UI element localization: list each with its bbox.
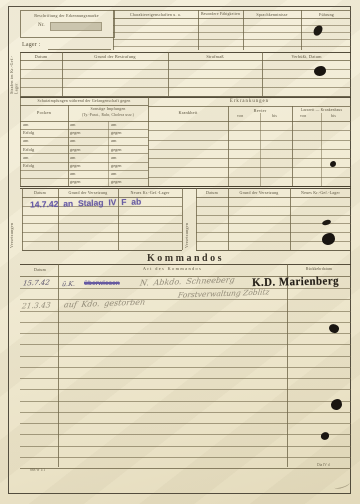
col-sprachkenntnisse: Sprachkenntnisse xyxy=(244,12,300,17)
impf-cell: am xyxy=(111,171,116,176)
top-table-top-border xyxy=(113,10,351,11)
versetz-l-grund: Grund der Versetzung xyxy=(58,190,118,195)
ruled-line xyxy=(20,78,351,79)
strafen-top-border xyxy=(20,52,351,53)
ruled-line xyxy=(148,140,351,141)
versetzungen-side-label-mid: Versetzungen xyxy=(185,192,190,248)
kommando-entry1-date: 15.7.42 xyxy=(22,279,50,288)
kommandos-col-rueckkehr: Rückkehrdatum xyxy=(287,267,351,271)
impf-cell: am xyxy=(23,138,28,143)
col-charakter: Charaktereigenschaften u. a. xyxy=(114,12,197,17)
ruled-line xyxy=(20,333,351,334)
erkr-laz-bis: bis xyxy=(331,114,336,118)
ruled-line xyxy=(22,215,182,216)
versetz-top-border xyxy=(20,188,351,189)
erkr-revier-von: von xyxy=(237,114,243,118)
impf-cell: am xyxy=(111,155,116,160)
ruled-line xyxy=(20,457,351,458)
printer-mark-right: Dia IV d xyxy=(317,463,330,467)
versetzungen-side-label-left: Versetzungen xyxy=(10,192,15,248)
impf-cell: Erfolg xyxy=(23,163,34,168)
top-header-underline xyxy=(113,18,351,19)
ruled-line xyxy=(20,389,351,390)
impf-title: Schutzimpfungen während der Gefangenscha… xyxy=(21,99,147,103)
strafen-side-label: Strafen im Kr.-Gef.-Lager xyxy=(10,54,19,94)
impf-erkr-bottom-border xyxy=(20,186,351,187)
ruled-line xyxy=(20,412,351,413)
kommando-entry1-crossed-stamp: überwiesen xyxy=(84,280,120,287)
strafen-col-datum: Datum xyxy=(20,54,62,59)
impf-body: amamamErfolggegengegenamamamErfolggegeng… xyxy=(20,121,148,186)
lager-fill-line xyxy=(48,49,111,50)
erkr-laz-von: von xyxy=(300,114,306,118)
impf-cell: gegen xyxy=(70,147,80,152)
impf-top-border xyxy=(20,97,351,98)
ruled-line xyxy=(148,177,351,178)
ruled-line xyxy=(20,311,351,312)
kommandos-title-underline xyxy=(20,264,351,265)
strafen-col-grund: Grund der Bestrafung xyxy=(62,54,168,59)
impf-col-pocken: Pocken xyxy=(20,110,68,115)
ruled-line xyxy=(148,130,351,131)
ruled-line xyxy=(148,167,351,168)
impf-cell: gegen xyxy=(70,179,80,184)
ruled-line xyxy=(20,378,351,379)
ruled-line xyxy=(20,87,351,88)
impf-cell: am xyxy=(111,122,116,127)
printer-mark-left: 888 W 1/1 xyxy=(30,468,45,472)
nr-label: Nr. xyxy=(38,23,45,28)
ruled-line xyxy=(20,288,351,289)
ruled-line xyxy=(20,322,351,323)
strafen-col-strafmass: Strafmaß xyxy=(168,54,262,59)
kommando-entry2-date: 21.3.43 xyxy=(21,300,51,310)
top-divider-2 xyxy=(198,10,199,50)
erkennungsmarke-title: Beschriftung der Erkennungsmarke xyxy=(21,13,112,18)
erkrankungen-title: Erkrankungen xyxy=(148,99,351,104)
impf-col-sonstige-line2: (Ty.-Parat., Ruhr, Cholera usw.) xyxy=(68,113,148,117)
impf-row: gegengegen xyxy=(20,178,148,186)
ruled-line xyxy=(22,232,182,233)
versetz-l-right xyxy=(182,188,183,250)
versetz-r-neues: Neues Kr.-Gef.-Lager xyxy=(290,190,351,195)
impf-cell: am xyxy=(111,138,116,143)
versetz-r-grund: Grund der Versetzung xyxy=(228,190,290,195)
impf-cell: gegen xyxy=(111,147,121,152)
ruled-line xyxy=(22,241,182,242)
impf-title-underline xyxy=(20,105,148,106)
strafen-body xyxy=(20,60,351,97)
ruled-line xyxy=(20,344,351,345)
erkr-body xyxy=(148,121,351,187)
ruled-line xyxy=(20,356,351,357)
ruled-line xyxy=(20,69,351,70)
ruled-line xyxy=(20,367,351,368)
versetz-r-datum: Datum xyxy=(196,190,228,195)
impf-cell: am xyxy=(70,138,75,143)
pow-record-card: Beschriftung der Erkennungsmarke Nr. Lag… xyxy=(0,0,360,504)
impf-cell: gegen xyxy=(70,163,80,168)
impf-cell: am xyxy=(70,155,75,160)
erkr-title-underline xyxy=(148,106,351,107)
lager-label: Lager : xyxy=(22,42,41,48)
kommandos-col-datum: Datum xyxy=(22,267,58,272)
impf-cell: am xyxy=(23,122,28,127)
impf-cell: gegen xyxy=(111,163,121,168)
kommandos-col-art: Art des Kommandos xyxy=(58,266,287,271)
versetz-l-datum: Datum xyxy=(22,190,58,195)
impf-cell: am xyxy=(70,122,75,127)
top-rule-3 xyxy=(113,39,351,40)
top-rule-4 xyxy=(113,46,351,47)
erkr-col-krankheit: Krankheit xyxy=(148,110,228,115)
ruled-line xyxy=(22,223,182,224)
ruled-line xyxy=(148,149,351,150)
kommandos-title: Kommandos xyxy=(20,253,351,264)
impf-cell: Erfolg xyxy=(23,147,34,152)
impf-cell: gegen xyxy=(111,179,121,184)
versetz-l-neues: Neues Kr.-Gef.-Lager xyxy=(118,190,182,195)
impf-col-sonstige-line1: Sonstige Impfungen xyxy=(68,107,148,111)
impf-cell: am xyxy=(23,155,28,160)
erkr-col-lazarett: Lazarett — Krankenhaus xyxy=(292,108,351,112)
impf-cell: gegen xyxy=(70,130,80,135)
strafen-col-verbuesst: Verbüßt, Datum xyxy=(262,54,351,59)
col-faehigkeiten: Besondere Fähigkeiten xyxy=(199,12,242,16)
impf-cell: gegen xyxy=(111,130,121,135)
kommando-entry1-prefix: ü.K. xyxy=(61,280,75,289)
ruled-line xyxy=(196,206,351,207)
erkr-revier-bis: bis xyxy=(272,114,277,118)
ruled-line xyxy=(196,215,351,216)
nr-value-shaded-box xyxy=(50,22,102,31)
impf-cell: am xyxy=(70,171,75,176)
ruled-line xyxy=(20,423,351,424)
ruled-line xyxy=(20,446,351,447)
col-fuehrung: Führung xyxy=(302,12,351,17)
impf-cell: Erfolg xyxy=(23,130,34,135)
ruled-line xyxy=(20,434,351,435)
ruled-line xyxy=(20,401,351,402)
ruled-line xyxy=(148,158,351,159)
